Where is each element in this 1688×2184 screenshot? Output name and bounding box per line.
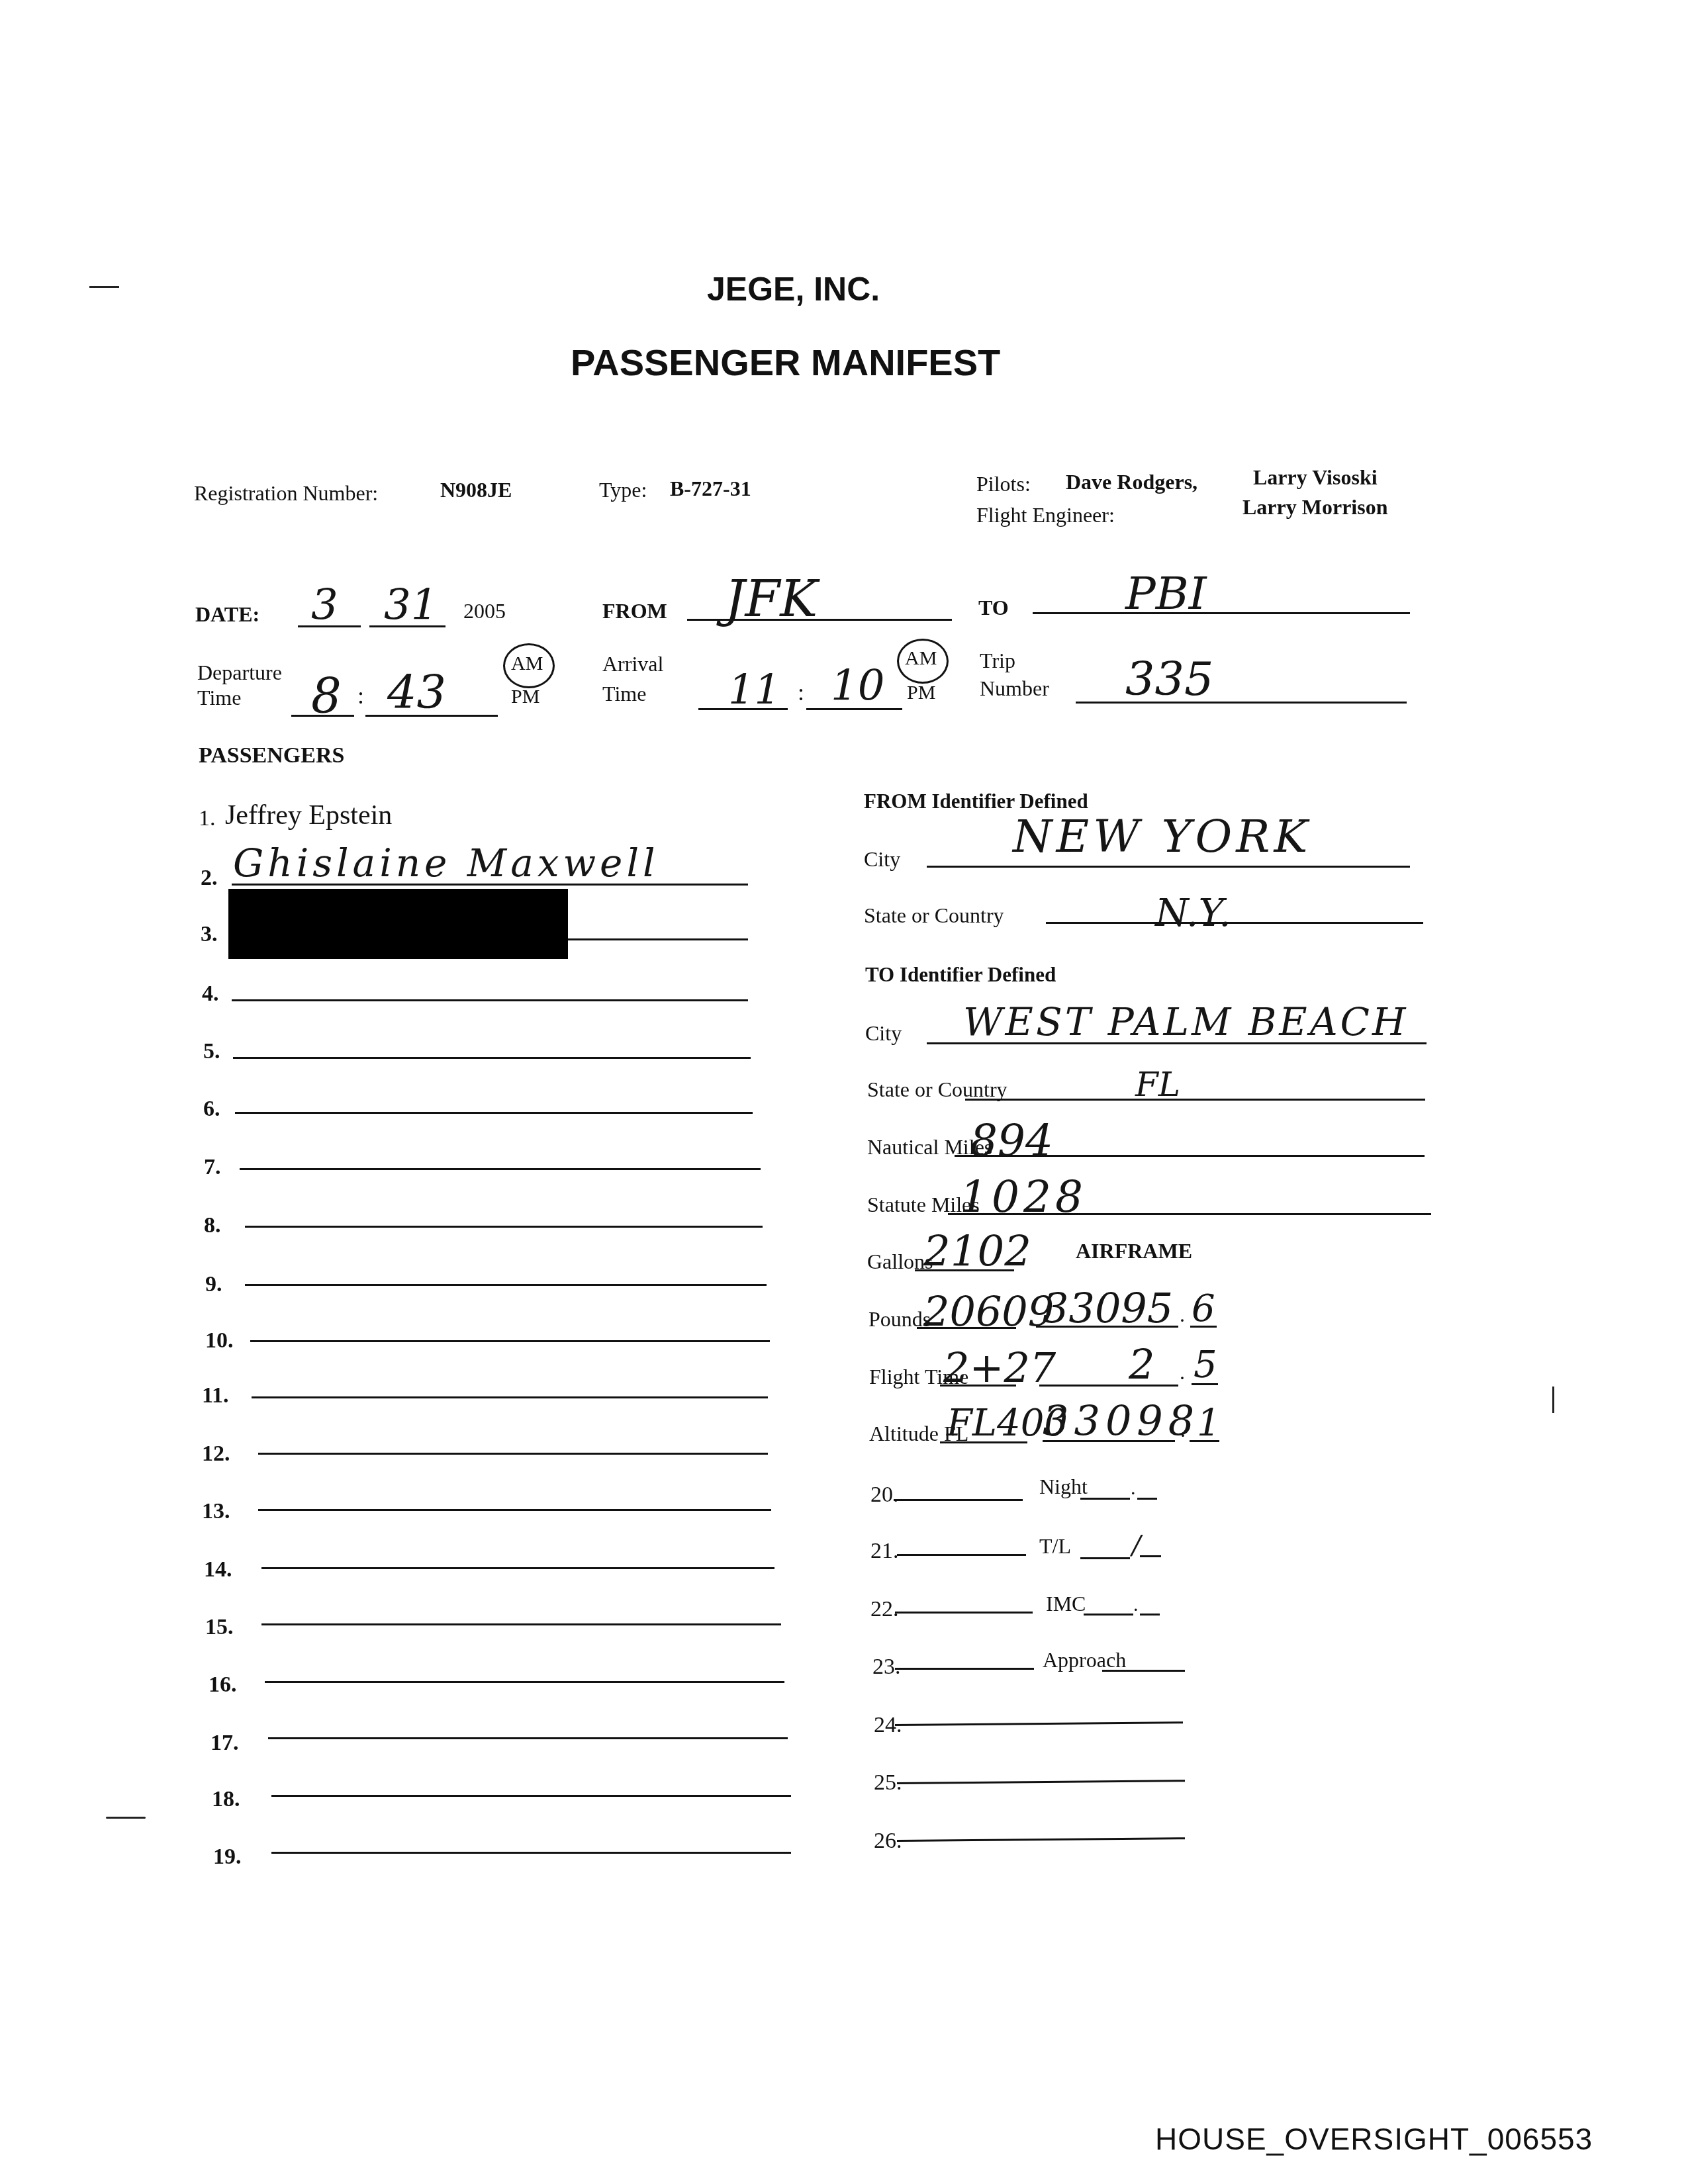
scan-mark <box>1552 1387 1554 1413</box>
passenger-6-number: 6. <box>203 1097 220 1122</box>
date-year: 2005 <box>463 599 506 623</box>
passenger-24-line[interactable] <box>895 1721 1183 1726</box>
passenger-23-line[interactable] <box>895 1668 1034 1670</box>
passenger-5-number: 5. <box>203 1039 220 1064</box>
flight-time-airframe-dot: . <box>1180 1360 1185 1385</box>
to-city-label: City <box>865 1021 902 1046</box>
passenger-4-number: 4. <box>202 981 219 1007</box>
passenger-22-line[interactable] <box>895 1612 1033 1614</box>
pounds-airframe-dot: . <box>1180 1302 1185 1327</box>
flight-engineer-value: Larry Morrison <box>1243 495 1388 520</box>
pilot-1: Dave Rodgers, <box>1066 470 1197 494</box>
from-city-line[interactable] <box>927 866 1410 868</box>
tl-line-2[interactable] <box>1140 1555 1161 1557</box>
approach-label: Approach <box>1043 1648 1126 1672</box>
tl-line-1[interactable] <box>1080 1557 1130 1559</box>
passenger-7-line[interactable] <box>240 1168 761 1170</box>
arrival-am: AM <box>905 647 937 670</box>
pilot-2: Larry Visoski <box>1253 465 1378 490</box>
to-line <box>1033 612 1410 614</box>
passenger-1-name: Jeffrey Epstein <box>225 799 392 831</box>
pounds-value: 20609 <box>923 1287 1054 1336</box>
arrival-label-1: Arrival <box>602 652 663 676</box>
passenger-16-line[interactable] <box>265 1681 784 1683</box>
departure-am: AM <box>511 653 543 675</box>
passenger-26-line[interactable] <box>897 1837 1185 1842</box>
tl-label: T/L <box>1039 1534 1071 1559</box>
passenger-25-line[interactable] <box>897 1780 1185 1784</box>
imc-hours-line[interactable] <box>1084 1614 1133 1615</box>
passenger-14-line[interactable] <box>261 1567 774 1569</box>
arrival-pm[interactable]: PM <box>907 682 935 704</box>
passenger-15-line[interactable] <box>261 1623 781 1625</box>
to-state-value: FL <box>1135 1066 1180 1104</box>
trip-label-1: Trip <box>980 649 1015 673</box>
passenger-8-number: 8. <box>204 1213 221 1238</box>
from-identifier-heading: FROM Identifier Defined <box>864 790 1088 813</box>
passenger-9-line[interactable] <box>245 1284 767 1286</box>
passenger-12-line[interactable] <box>258 1453 768 1455</box>
date-label: DATE: <box>195 602 259 627</box>
departure-colon: : <box>357 682 364 709</box>
altitude-airframe-int: 33098 <box>1043 1396 1199 1445</box>
imc-dot: . <box>1133 1594 1139 1616</box>
passenger-17-line[interactable] <box>268 1737 788 1739</box>
passenger-2-name: Ghislaine Maxwell <box>233 841 659 886</box>
night-dot: . <box>1131 1477 1136 1500</box>
document-title: PASSENGER MANIFEST <box>571 341 1000 384</box>
passenger-21-line[interactable] <box>897 1554 1026 1556</box>
passenger-10-number: 10. <box>205 1328 234 1353</box>
altitude-airframe-dec: 1 <box>1197 1402 1221 1445</box>
nautical-miles-value: 894 <box>970 1115 1053 1166</box>
passenger-19-line[interactable] <box>271 1852 791 1854</box>
to-value: PBI <box>1125 568 1207 620</box>
statute-miles-value: 1028 <box>960 1171 1087 1222</box>
passenger-1-number: 1. <box>199 806 216 831</box>
scan-mark <box>89 286 119 288</box>
from-label: FROM <box>602 599 667 623</box>
altitude-airframe-dot: . <box>1180 1418 1186 1442</box>
night-label: Night <box>1039 1475 1088 1499</box>
from-state-label: State or Country <box>864 903 1004 928</box>
to-label: TO <box>978 596 1009 620</box>
date-month-value: 3 <box>311 581 338 630</box>
passenger-11-number: 11. <box>202 1383 229 1408</box>
type-value: B-727-31 <box>670 477 751 501</box>
imc-tenths-line[interactable] <box>1140 1614 1160 1615</box>
departure-label-2: Time <box>197 686 241 710</box>
arrival-label-2: Time <box>602 682 646 706</box>
trip-label-2: Number <box>980 676 1049 701</box>
passenger-5-line[interactable] <box>233 1057 751 1059</box>
registration-value: N908JE <box>440 478 512 502</box>
bates-number: HOUSE_OVERSIGHT_006553 <box>1155 2121 1593 2157</box>
passenger-8-line[interactable] <box>245 1226 763 1228</box>
passenger-20-line[interactable] <box>894 1499 1023 1501</box>
passenger-3-redaction <box>228 889 568 959</box>
passenger-19-number: 19. <box>213 1844 242 1870</box>
from-value: JFK <box>725 569 818 628</box>
departure-hour-value: 8 <box>311 668 342 724</box>
passenger-18-line[interactable] <box>271 1795 791 1797</box>
arrival-hour-value: 11 <box>728 665 780 713</box>
flight-time-airframe-int: 2 <box>1129 1340 1154 1388</box>
passenger-3-number: 3. <box>201 922 218 947</box>
from-city-label: City <box>864 847 900 872</box>
arrival-colon: : <box>798 678 804 706</box>
passenger-18-number: 18. <box>212 1787 240 1812</box>
departure-label-1: Departure <box>197 660 282 685</box>
to-city-value: WEST PALM BEACH <box>963 999 1409 1044</box>
airframe-heading: AIRFRAME <box>1076 1239 1192 1263</box>
night-tenths-line[interactable] <box>1137 1498 1157 1500</box>
passenger-13-line[interactable] <box>258 1509 771 1511</box>
passenger-23-number: 23. <box>872 1655 901 1680</box>
passenger-20-number: 20. <box>870 1482 899 1508</box>
passenger-12-number: 12. <box>202 1441 230 1467</box>
company-name: JEGE, INC. <box>707 270 880 308</box>
pilots-label: Pilots: <box>976 472 1031 496</box>
passenger-13-number: 13. <box>202 1499 230 1524</box>
from-state-value: N.Y. <box>1155 890 1231 935</box>
passenger-9-number: 9. <box>205 1272 222 1297</box>
departure-pm[interactable]: PM <box>511 686 539 708</box>
to-state-line[interactable] <box>965 1099 1425 1101</box>
flight-engineer-label: Flight Engineer: <box>976 503 1115 527</box>
passenger-11-line[interactable] <box>252 1396 768 1398</box>
flight-time-airframe-line[interactable] <box>1039 1385 1178 1387</box>
passenger-10-line[interactable] <box>250 1340 770 1342</box>
trip-value: 335 <box>1125 652 1214 706</box>
passenger-15-number: 15. <box>205 1615 234 1640</box>
passenger-17-number: 17. <box>211 1731 239 1756</box>
passenger-14-number: 14. <box>204 1557 232 1582</box>
imc-label: IMC <box>1046 1592 1086 1616</box>
flight-time-airframe-dec: 5 <box>1194 1343 1217 1387</box>
passenger-7-number: 7. <box>204 1155 221 1180</box>
from-state-line[interactable] <box>1046 922 1423 924</box>
date-day-value: 31 <box>384 581 438 630</box>
pounds-airframe-int: 33095 <box>1043 1284 1173 1332</box>
passengers-heading: PASSENGERS <box>199 743 344 768</box>
type-label: Type: <box>599 478 647 502</box>
from-city-value: NEW YORK <box>1013 811 1311 863</box>
passenger-4-line[interactable] <box>232 999 748 1001</box>
gallons-value: 2102 <box>923 1228 1031 1277</box>
to-identifier-heading: TO Identifier Defined <box>865 963 1056 987</box>
registration-label: Registration Number: <box>194 481 378 506</box>
passenger-22-number: 22. <box>870 1597 899 1622</box>
passenger-2-number: 2. <box>201 866 218 891</box>
passenger-21-number: 21. <box>870 1539 899 1564</box>
arrival-min-value: 10 <box>831 662 884 711</box>
scan-mark <box>106 1817 146 1819</box>
passenger-6-line[interactable] <box>235 1112 753 1114</box>
approach-line[interactable] <box>1102 1670 1185 1672</box>
departure-min-value: 43 <box>387 665 446 719</box>
night-hours-line[interactable] <box>1080 1498 1130 1500</box>
passenger-16-number: 16. <box>209 1672 237 1698</box>
pounds-airframe-dec: 6 <box>1192 1287 1215 1330</box>
